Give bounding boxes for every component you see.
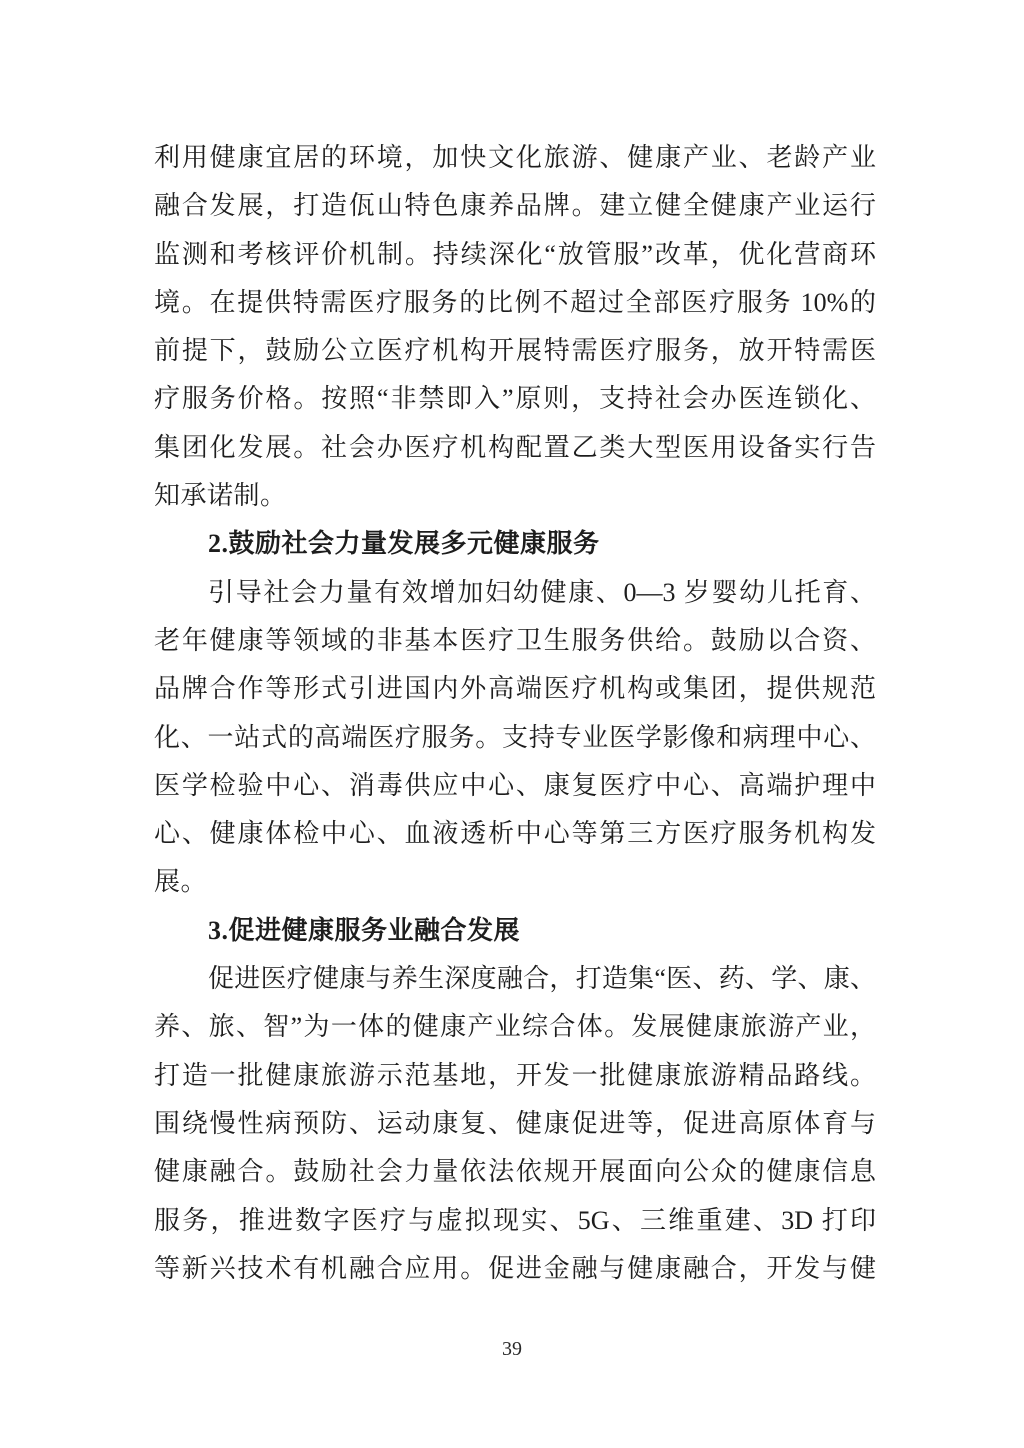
text-line: 心、健康体检中心、血液透析中心等第三方医疗服务机构发 <box>154 810 876 858</box>
page-number: 39 <box>0 1338 1024 1361</box>
text-line: 老年健康等领域的非基本医疗卫生服务供给。鼓励以合资、 <box>154 617 876 665</box>
text-line: 境。在提供特需医疗服务的比例不超过全部医疗服务 10%的 <box>154 279 876 327</box>
text-line: 知承诺制。 <box>154 472 876 520</box>
text-line: 化、一站式的高端医疗服务。支持专业医学影像和病理中心、 <box>154 714 876 762</box>
text-line: 融合发展，打造佤山特色康养品牌。建立健全健康产业运行 <box>154 182 876 230</box>
text-line: 促进医疗健康与养生深度融合，打造集“医、药、学、康、 <box>154 955 876 1003</box>
text-line: 监测和考核评价机制。持续深化“放管服”改革，优化营商环 <box>154 231 876 279</box>
text-line: 服务，推进数字医疗与虚拟现实、5G、三维重建、3D 打印 <box>154 1197 876 1245</box>
section-heading: 2.鼓励社会力量发展多元健康服务 <box>154 520 876 568</box>
text-line: 打造一批健康旅游示范基地，开发一批健康旅游精品路线。 <box>154 1052 876 1100</box>
text-line: 医学检验中心、消毒供应中心、康复医疗中心、高端护理中 <box>154 762 876 810</box>
text-line: 等新兴技术有机融合应用。促进金融与健康融合，开发与健 <box>154 1245 876 1293</box>
text-line: 养、旅、智”为一体的健康产业综合体。发展健康旅游产业， <box>154 1003 876 1051</box>
text-line: 前提下，鼓励公立医疗机构开展特需医疗服务，放开特需医 <box>154 327 876 375</box>
text-line: 品牌合作等形式引进国内外高端医疗机构或集团，提供规范 <box>154 665 876 713</box>
section-heading: 3.促进健康服务业融合发展 <box>154 907 876 955</box>
document-body: 利用健康宜居的环境，加快文化旅游、健康产业、老龄产业融合发展，打造佤山特色康养品… <box>154 134 876 1293</box>
text-line: 围绕慢性病预防、运动康复、健康促进等，促进高原体育与 <box>154 1100 876 1148</box>
text-line: 利用健康宜居的环境，加快文化旅游、健康产业、老龄产业 <box>154 134 876 182</box>
text-line: 集团化发展。社会办医疗机构配置乙类大型医用设备实行告 <box>154 424 876 472</box>
document-page: 利用健康宜居的环境，加快文化旅游、健康产业、老龄产业融合发展，打造佤山特色康养品… <box>0 0 1024 1448</box>
text-line: 健康融合。鼓励社会力量依法依规开展面向公众的健康信息 <box>154 1148 876 1196</box>
text-line: 展。 <box>154 858 876 906</box>
text-line: 引导社会力量有效增加妇幼健康、0—3 岁婴幼儿托育、 <box>154 569 876 617</box>
text-line: 疗服务价格。按照“非禁即入”原则，支持社会办医连锁化、 <box>154 375 876 423</box>
